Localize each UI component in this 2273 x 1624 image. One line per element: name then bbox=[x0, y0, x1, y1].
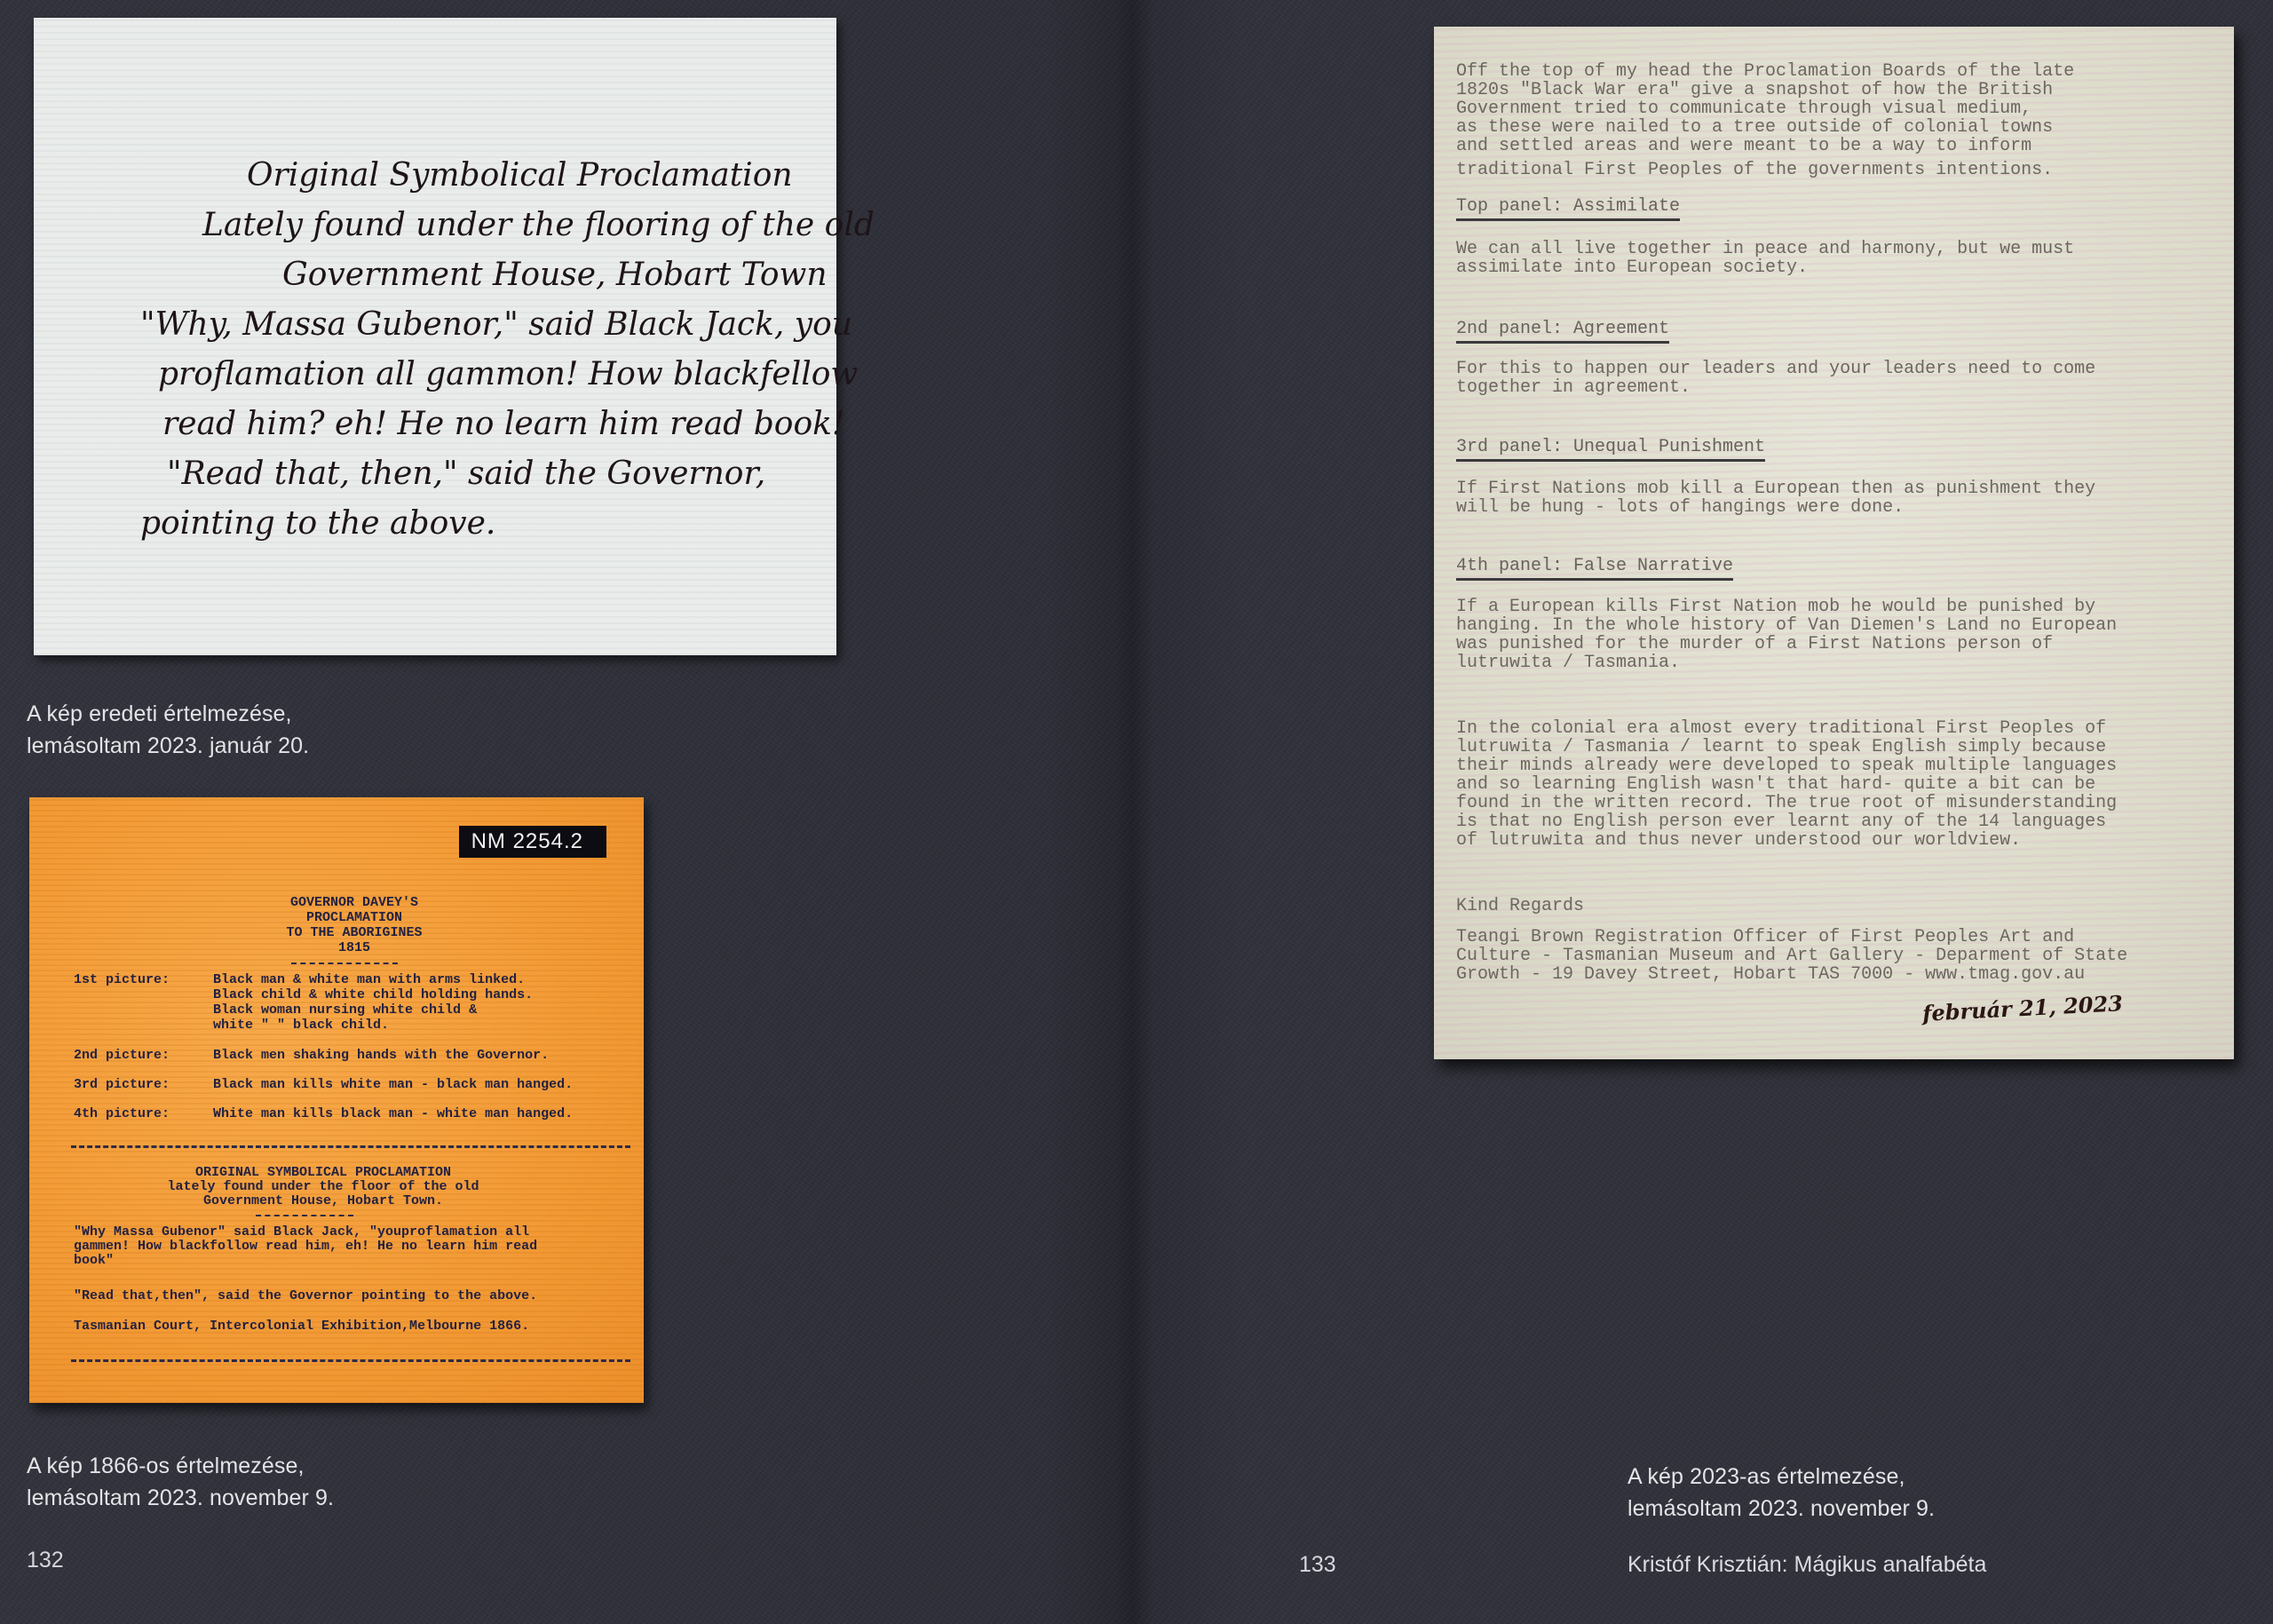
letter-line: found in the written record. The true ro… bbox=[1456, 794, 2229, 812]
description-line: white " " black child. bbox=[213, 1018, 533, 1033]
letter-line: and settled areas and were meant to be a… bbox=[1456, 137, 2229, 155]
reply-line: "Read that,then", said the Governor poin… bbox=[74, 1289, 642, 1303]
caption-1866: A kép 1866-os értelmezése, lemásoltam 20… bbox=[27, 1450, 334, 1514]
letter-line: their minds already were developed to sp… bbox=[1456, 757, 2229, 775]
hand-line: Government House, Hobart Town bbox=[140, 250, 797, 300]
letter-line: Kind Regards bbox=[1456, 897, 2229, 915]
picture-description: White man kills black man - white man ha… bbox=[213, 1106, 573, 1121]
description-line: Black child & white child holding hands. bbox=[213, 987, 533, 1002]
picture-row-1: 1st picture: Black man & white man with … bbox=[74, 972, 533, 1033]
letter-line: traditional First Peoples of the governm… bbox=[1456, 161, 2229, 179]
letter-line: Off the top of my head the Proclamation … bbox=[1456, 62, 2229, 81]
panel-heading-3: 3rd panel: Unequal Punishment bbox=[1456, 438, 1765, 462]
picture-row-2: 2nd picture: Black men shaking hands wit… bbox=[74, 1048, 549, 1063]
picture-row-3: 3rd picture: Black man kills white man -… bbox=[74, 1077, 573, 1092]
panel-heading-2: 2nd panel: Agreement bbox=[1456, 320, 1669, 344]
caption-line: A kép eredeti értelmezése, bbox=[27, 698, 309, 730]
handwritten-date: február 21, 2023 bbox=[1922, 994, 2124, 1023]
letter-line: assimilate into European society. bbox=[1456, 258, 2229, 277]
caption-line: lemásoltam 2023. november 9. bbox=[1628, 1493, 1935, 1525]
letter-line: In the colonial era almost every traditi… bbox=[1456, 719, 2229, 738]
divider bbox=[256, 1215, 353, 1216]
hand-line: pointing to the above. bbox=[140, 499, 797, 549]
description-line: White man kills black man - white man ha… bbox=[213, 1106, 573, 1121]
letter-line: as these were nailed to a tree outside o… bbox=[1456, 118, 2229, 137]
caption-line: A kép 1866-os értelmezése, bbox=[27, 1450, 334, 1482]
caption-original: A kép eredeti értelmezése, lemásoltam 20… bbox=[27, 698, 309, 762]
hand-line: Lately found under the flooring of the o… bbox=[140, 201, 797, 250]
quote-line: book" bbox=[74, 1254, 642, 1268]
handwritten-text: Original Symbolical Proclamation Lately … bbox=[140, 151, 797, 549]
picture-label: 2nd picture: bbox=[74, 1048, 205, 1063]
subtitle-line: lately found under the floor of the old bbox=[29, 1180, 617, 1194]
caption-line: lemásoltam 2023. november 9. bbox=[27, 1482, 334, 1514]
picture-label: 4th picture: bbox=[74, 1106, 205, 1121]
letter-line: We can all live together in peace and ha… bbox=[1456, 240, 2229, 258]
letter-line: 1820s "Black War era" give a snapshot of… bbox=[1456, 81, 2229, 99]
orange-quote: "Why Massa Gubenor" said Black Jack, "yo… bbox=[74, 1225, 642, 1268]
panel-heading-1: Top panel: Assimilate bbox=[1456, 197, 1680, 221]
orange-reply: "Read that,then", said the Governor poin… bbox=[74, 1289, 642, 1303]
letter-line: hanging. In the whole history of Van Die… bbox=[1456, 616, 2229, 635]
description-line: Black man kills white man - black man ha… bbox=[213, 1077, 573, 1092]
description-line: Black woman nursing white child & bbox=[213, 1002, 533, 1018]
picture-description: Black man kills white man - black man ha… bbox=[213, 1077, 573, 1092]
hand-line: "Read that, then," said the Governor, bbox=[140, 449, 797, 499]
letter-line: Teangi Brown Registration Officer of Fir… bbox=[1456, 928, 2229, 947]
letter-line: Government tried to communicate through … bbox=[1456, 99, 2229, 118]
letter-line: If a European kills First Nation mob he … bbox=[1456, 598, 2229, 616]
description-line: Black men shaking hands with the Governo… bbox=[213, 1048, 549, 1063]
source-line: Tasmanian Court, Intercolonial Exhibitio… bbox=[74, 1319, 642, 1334]
divider bbox=[291, 963, 398, 964]
picture-description: Black man & white man with arms linked. … bbox=[213, 972, 533, 1033]
page-number-left: 132 bbox=[27, 1548, 64, 1573]
hand-line: read him? eh! He no learn him read book! bbox=[140, 400, 797, 449]
description-line: Black man & white man with arms linked. bbox=[213, 972, 533, 987]
orange-proclamation-card: NM 2254.2 GOVERNOR DAVEY'S PROCLAMATION … bbox=[29, 797, 644, 1403]
title-line: PROCLAMATION bbox=[65, 910, 644, 925]
panel-text-2: For this to happen our leaders and your … bbox=[1456, 360, 2229, 397]
letter-line: and so learning English wasn't that hard… bbox=[1456, 775, 2229, 794]
caption-line: lemásoltam 2023. január 20. bbox=[27, 730, 309, 762]
letter-line: Growth - 19 Davey Street, Hobart TAS 700… bbox=[1456, 965, 2229, 984]
letter-line: will be hung - lots of hangings were don… bbox=[1456, 498, 2229, 517]
quote-line: gammen! How blackfollow read him, eh! He… bbox=[74, 1240, 642, 1254]
panel-heading-4: 4th panel: False Narrative bbox=[1456, 557, 1733, 581]
picture-row-4: 4th picture: White man kills black man -… bbox=[74, 1106, 573, 1121]
handwritten-proclamation-card: Original Symbolical Proclamation Lately … bbox=[34, 18, 836, 655]
letter-line: Culture - Tasmanian Museum and Art Galle… bbox=[1456, 947, 2229, 965]
picture-label: 3rd picture: bbox=[74, 1077, 205, 1092]
typewritten-letter: Off the top of my head the Proclamation … bbox=[1434, 27, 2234, 1059]
hand-line: "Why, Massa Gubenor," said Black Jack, y… bbox=[140, 300, 797, 350]
letter-line: lutruwita / Tasmania. bbox=[1456, 654, 2229, 672]
letter-line: lutruwita / Tasmania / learnt to speak E… bbox=[1456, 738, 2229, 757]
letter-line: For this to happen our leaders and your … bbox=[1456, 360, 2229, 378]
orange-title: GOVERNOR DAVEY'S PROCLAMATION TO THE ABO… bbox=[29, 895, 644, 955]
panel-text-4: If a European kills First Nation mob he … bbox=[1456, 598, 2229, 672]
panel-text-3: If First Nations mob kill a European the… bbox=[1456, 479, 2229, 517]
hand-line: Original Symbolical Proclamation bbox=[140, 151, 797, 201]
letter-line: was punished for the murder of a First N… bbox=[1456, 635, 2229, 654]
subtitle-line: ORIGINAL SYMBOLICAL PROCLAMATION bbox=[29, 1166, 617, 1180]
hand-line: proflamation all gammon! How blackfellow bbox=[140, 350, 797, 400]
letter-intro: Off the top of my head the Proclamation … bbox=[1456, 62, 2229, 179]
letter-line: If First Nations mob kill a European the… bbox=[1456, 479, 2229, 498]
orange-subtitle: ORIGINAL SYMBOLICAL PROCLAMATION lately … bbox=[29, 1166, 644, 1208]
letter-line: of lutruwita and thus never understood o… bbox=[1456, 831, 2229, 850]
title-line: TO THE ABORIGINES bbox=[65, 925, 644, 940]
dashed-divider bbox=[71, 1359, 630, 1362]
caption-line: A kép 2023-as értelmezése, bbox=[1628, 1461, 1935, 1493]
running-title: Kristóf Krisztián: Mágikus analfabéta bbox=[1628, 1552, 1986, 1578]
orange-source: Tasmanian Court, Intercolonial Exhibitio… bbox=[74, 1319, 642, 1334]
page-number-right: 133 bbox=[1299, 1552, 1336, 1578]
subtitle-line: Government House, Hobart Town. bbox=[29, 1194, 617, 1208]
letter-line: together in agreement. bbox=[1456, 378, 2229, 397]
quote-line: "Why Massa Gubenor" said Black Jack, "yo… bbox=[74, 1225, 642, 1240]
signature-block: Teangi Brown Registration Officer of Fir… bbox=[1456, 928, 2229, 984]
letter-line: is that no English person ever learnt an… bbox=[1456, 812, 2229, 831]
caption-2023: A kép 2023-as értelmezése, lemásoltam 20… bbox=[1628, 1461, 1935, 1525]
title-line: 1815 bbox=[65, 940, 644, 955]
closing-paragraph: In the colonial era almost every traditi… bbox=[1456, 719, 2229, 850]
dashed-divider bbox=[71, 1145, 630, 1148]
panel-text-1: We can all live together in peace and ha… bbox=[1456, 240, 2229, 277]
picture-description: Black men shaking hands with the Governo… bbox=[213, 1048, 549, 1063]
salutation: Kind Regards bbox=[1456, 897, 2229, 915]
picture-label: 1st picture: bbox=[74, 972, 205, 987]
catalog-label: NM 2254.2 bbox=[459, 826, 606, 858]
title-line: GOVERNOR DAVEY'S bbox=[65, 895, 644, 910]
